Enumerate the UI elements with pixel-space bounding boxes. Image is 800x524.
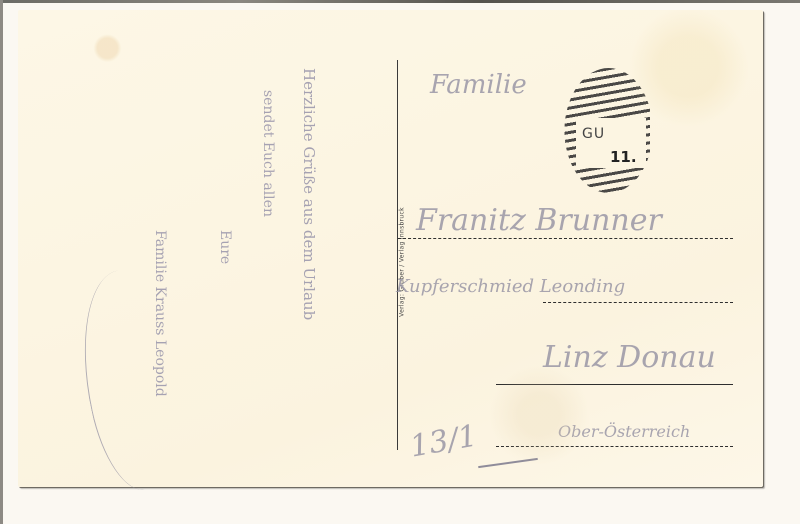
address-line-5: Ober-Österreich [558, 422, 690, 441]
address-line-3: Kupferschmied Leonding [396, 276, 625, 297]
postmark-date: 11. [610, 148, 637, 166]
postcard-back: Verlag: Gruber / Verlag Innsbruck Herzli… [18, 10, 763, 487]
postmark-cancellation: GU 11. [558, 68, 650, 193]
message-line-3: Eure [217, 230, 233, 264]
pencil-curve-stroke [64, 263, 199, 497]
address-line-4: Linz Donau [543, 340, 716, 375]
publisher-imprint: Verlag: Gruber / Verlag Innsbruck [399, 204, 406, 320]
address-line-2: Franitz Brunner [416, 203, 662, 238]
message-line-2: sendet Euch allen [260, 90, 276, 217]
address-rule-1 [398, 238, 733, 239]
address-rule-2 [543, 302, 733, 303]
address-line-1: Familie [430, 70, 527, 100]
pencil-annotation: 13/1 [407, 418, 479, 464]
scan-edge-left [0, 0, 3, 524]
pencil-underline [478, 458, 538, 468]
message-line-1: Herzliche Grüße aus dem Urlaub [300, 68, 318, 320]
scan-edge-top [0, 0, 800, 3]
address-rule-4 [496, 446, 733, 447]
postmark-city: GU [582, 126, 605, 142]
address-rule-3 [496, 384, 733, 385]
